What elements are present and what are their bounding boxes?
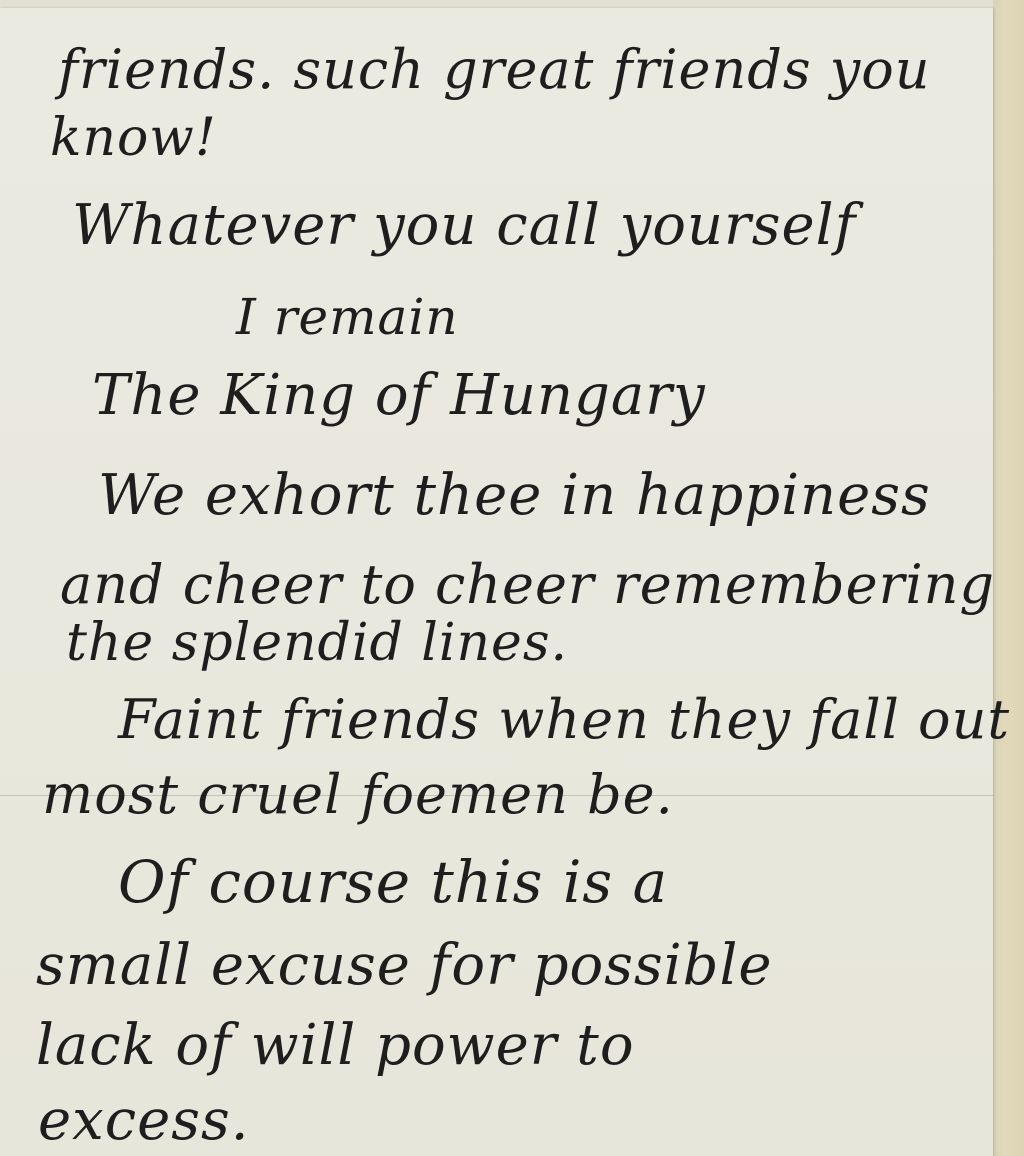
handwritten-line-12: small excuse for possible [36,933,773,998]
letter-page: friends. such great friends you know! Wh… [0,8,993,1156]
scan-top-border [0,0,1024,8]
signature-line: The King of Hungary [92,363,706,428]
handwritten-line-1: friends. such great friends you [58,38,931,101]
handwritten-line-7: and cheer to cheer remembering [60,553,995,616]
handwritten-line-4: I remain [236,288,459,346]
handwritten-line-3: Whatever you call yourself [72,193,856,258]
page-edge-strip [993,0,1024,1156]
handwritten-line-6: We exhort thee in happiness [98,463,931,528]
handwritten-line-8: the splendid lines. [66,613,568,673]
handwritten-line-2: know! [50,108,217,168]
handwritten-line-9: Faint friends when they fall out [118,688,1010,751]
handwritten-line-13: lack of will power to [36,1013,635,1078]
handwritten-line-11: Of course this is a [118,848,668,916]
handwritten-line-10: most cruel foemen be. [42,763,674,826]
handwritten-line-14: excess. [38,1088,250,1153]
